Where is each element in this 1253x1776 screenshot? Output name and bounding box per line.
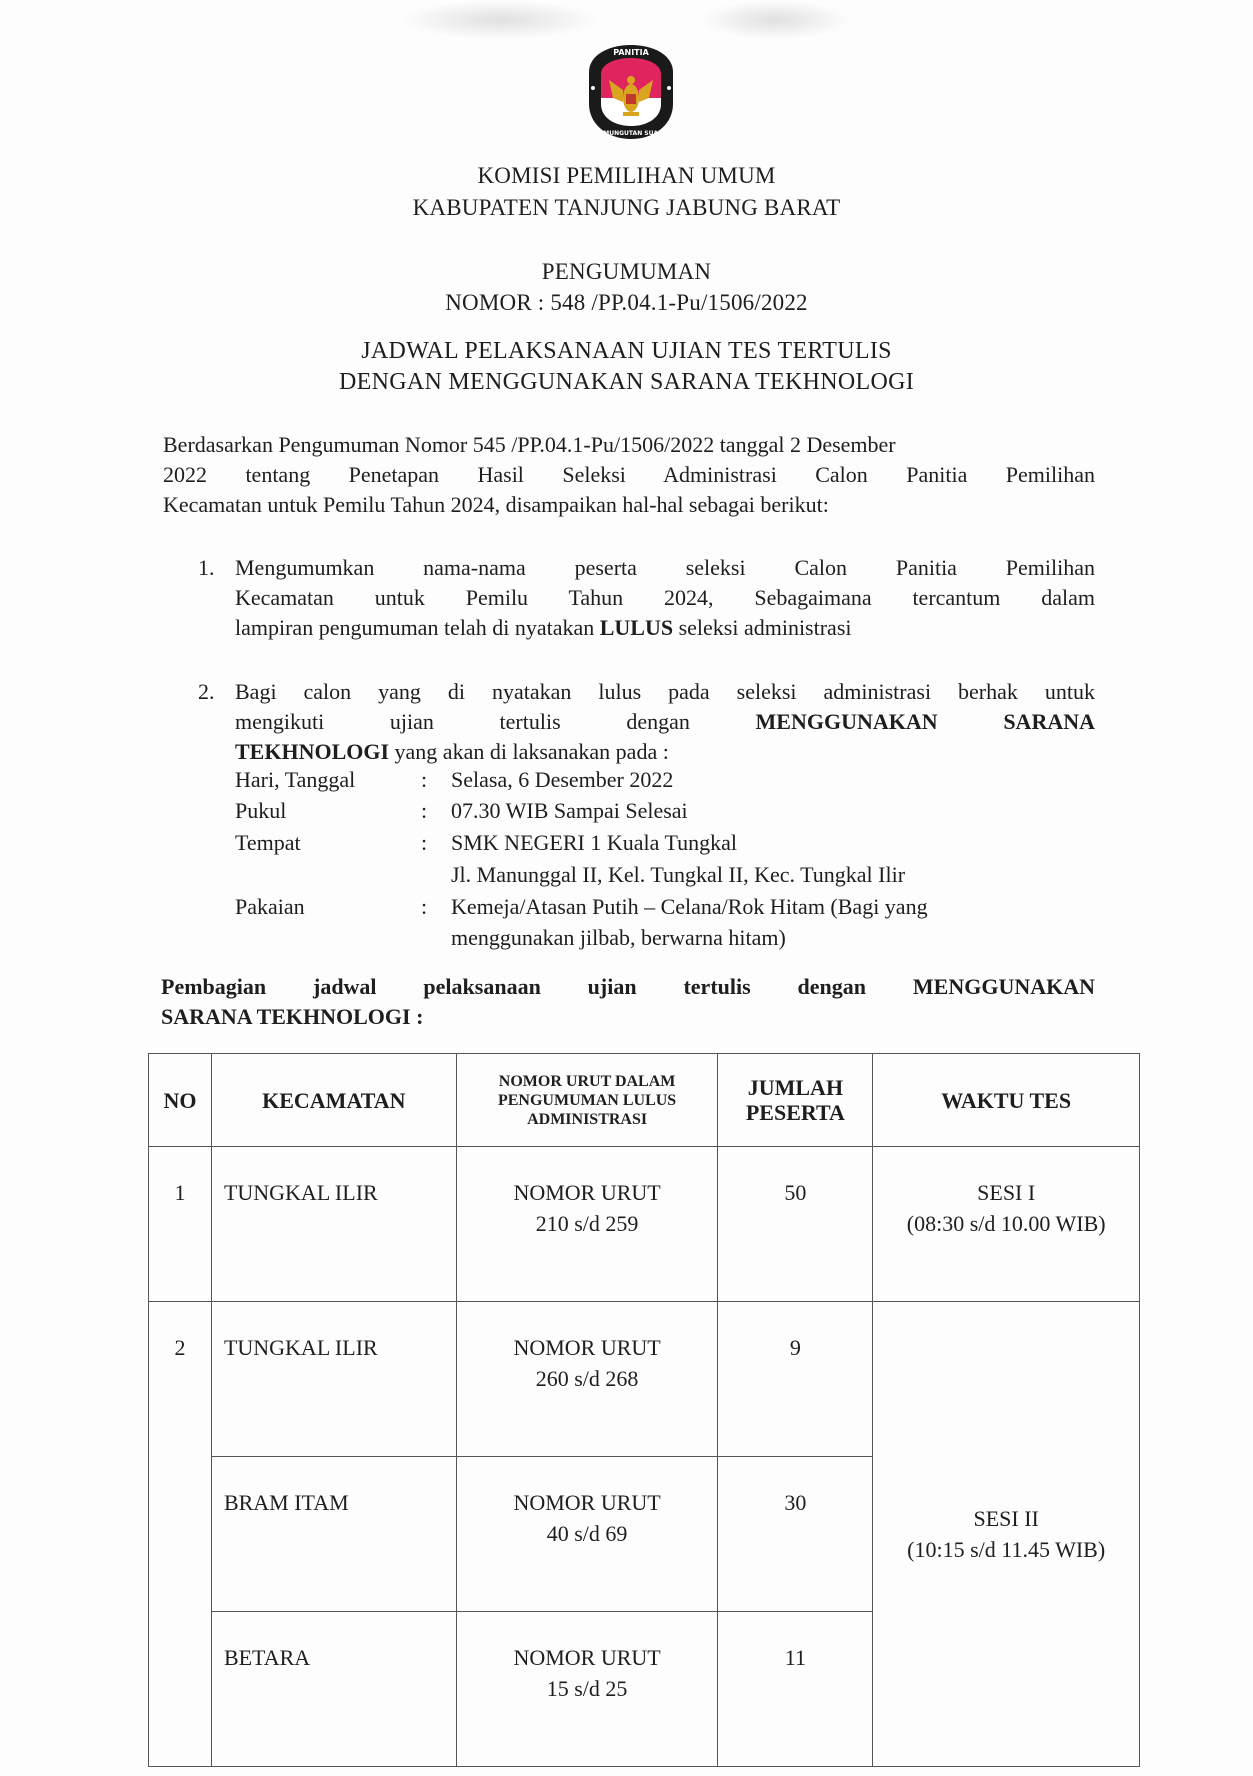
cell-jumlah: 11 bbox=[718, 1612, 873, 1767]
document-page: PANITIA PEMUNGUTAN SUARA KOMISI PEMILIHA… bbox=[0, 0, 1253, 1776]
item-line: mengikuti ujian tertulis dengan MENGGUNA… bbox=[235, 707, 1095, 737]
doc-number: NOMOR : 548 /PP.04.1-Pu/1506/2022 bbox=[0, 287, 1253, 318]
list-number-1: 1. bbox=[198, 553, 215, 583]
scan-smudge bbox=[400, 0, 600, 40]
schedule-table: NO KECAMATAN NOMOR URUT DALAM PENGUMUMAN… bbox=[148, 1053, 1140, 1767]
schedule-intro: Pembagian jadwal pelaksanaan ujian tertu… bbox=[161, 972, 1095, 1032]
cell-kecamatan: BETARA bbox=[211, 1612, 456, 1767]
cell-kecamatan: TUNGKAL ILIR bbox=[211, 1147, 456, 1302]
table-row: 2 TUNGKAL ILIR NOMOR URUT260 s/d 268 9 S… bbox=[149, 1302, 1140, 1457]
table-row: 1 TUNGKAL ILIR NOMOR URUT210 s/d 259 50 … bbox=[149, 1147, 1140, 1302]
cell-kecamatan: TUNGKAL ILIR bbox=[211, 1302, 456, 1457]
header-nomor-urut: NOMOR URUT DALAM PENGUMUMAN LULUS ADMINI… bbox=[456, 1054, 718, 1147]
panitia-pemungutan-suara-logo-icon: PANITIA PEMUNGUTAN SUARA bbox=[585, 42, 677, 142]
cell-waktu-sesi-1: SESI I(08:30 s/d 10.00 WIB) bbox=[873, 1147, 1140, 1302]
svg-text:PANITIA: PANITIA bbox=[613, 48, 649, 57]
header-jumlah-peserta: JUMLAH PESERTA bbox=[718, 1054, 873, 1147]
header-kecamatan: KECAMATAN bbox=[211, 1054, 456, 1147]
doc-type: PENGUMUMAN bbox=[0, 256, 1253, 287]
doc-title-line2: DENGAN MENGGUNAKAN SARANA TEKHNOLOGI bbox=[0, 367, 1253, 398]
intro-line: 2022 tentang Penetapan Hasil Seleksi Adm… bbox=[163, 460, 1095, 490]
schedule-intro-line: Pembagian jadwal pelaksanaan ujian tertu… bbox=[161, 972, 1095, 1002]
intro-line: Kecamatan untuk Pemilu Tahun 2024, disam… bbox=[163, 490, 1095, 520]
list-number-2: 2. bbox=[198, 677, 215, 707]
item-line: Mengumumkan nama-nama peserta seleksi Ca… bbox=[235, 553, 1095, 583]
cell-nomor-urut: NOMOR URUT210 s/d 259 bbox=[456, 1147, 718, 1302]
cell-nomor-urut: NOMOR URUT40 s/d 69 bbox=[456, 1457, 718, 1612]
header-no: NO bbox=[149, 1054, 212, 1147]
table-header-row: NO KECAMATAN NOMOR URUT DALAM PENGUMUMAN… bbox=[149, 1054, 1140, 1147]
svg-text:PEMUNGUTAN SUARA: PEMUNGUTAN SUARA bbox=[595, 130, 668, 137]
cell-jumlah: 9 bbox=[718, 1302, 873, 1457]
cell-jumlah: 50 bbox=[718, 1147, 873, 1302]
org-name-line2: KABUPATEN TANJUNG JABUNG BARAT bbox=[0, 192, 1253, 223]
intro-paragraph: Berdasarkan Pengumuman Nomor 545 /PP.04.… bbox=[163, 430, 1095, 520]
item-line: TEKHNOLOGI yang akan di laksanakan pada … bbox=[235, 737, 1095, 767]
cell-no: 1 bbox=[149, 1147, 212, 1302]
org-name-line1: KOMISI PEMILIHAN UMUM bbox=[0, 160, 1253, 191]
list-item-2: Bagi calon yang di nyatakan lulus pada s… bbox=[235, 677, 1095, 767]
doc-title-line1: JADWAL PELAKSANAAN UJIAN TES TERTULIS bbox=[0, 336, 1253, 367]
scan-smudge bbox=[700, 0, 850, 40]
cell-nomor-urut: NOMOR URUT15 s/d 25 bbox=[456, 1612, 718, 1767]
cell-waktu-sesi-2: SESI II(10:15 s/d 11.45 WIB) bbox=[873, 1302, 1140, 1767]
cell-jumlah: 30 bbox=[718, 1457, 873, 1612]
schedule-intro-line: SARANA TEKHNOLOGI : bbox=[161, 1002, 1095, 1032]
cell-kecamatan: BRAM ITAM bbox=[211, 1457, 456, 1612]
header-waktu-tes: WAKTU TES bbox=[873, 1054, 1140, 1147]
item-line: Kecamatan untuk Pemilu Tahun 2024, Sebag… bbox=[235, 583, 1095, 613]
item-line: lampiran pengumuman telah di nyatakan LU… bbox=[235, 613, 1095, 643]
item-line: Bagi calon yang di nyatakan lulus pada s… bbox=[235, 677, 1095, 707]
intro-line: Berdasarkan Pengumuman Nomor 545 /PP.04.… bbox=[163, 430, 1095, 460]
list-item-1: Mengumumkan nama-nama peserta seleksi Ca… bbox=[235, 553, 1095, 643]
cell-no: 2 bbox=[149, 1302, 212, 1767]
cell-nomor-urut: NOMOR URUT260 s/d 268 bbox=[456, 1302, 718, 1457]
